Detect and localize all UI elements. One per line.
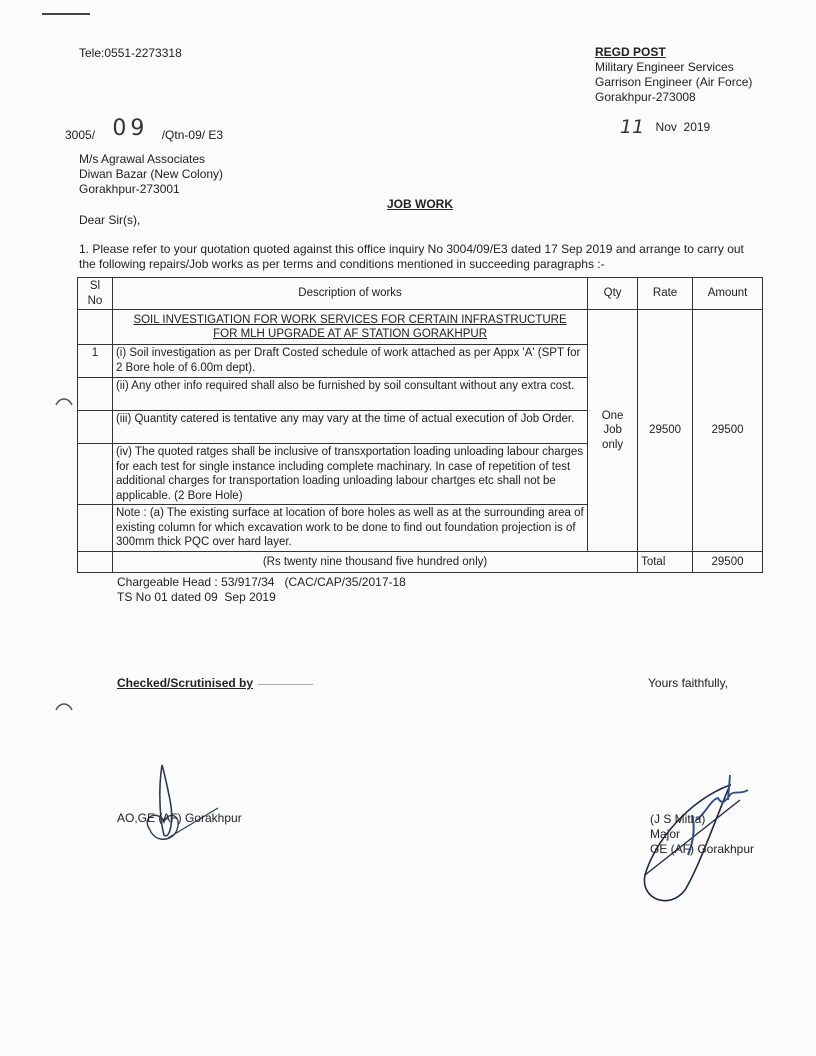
- header-qty: Qty: [588, 278, 638, 310]
- sender-block: REGD POST Military Engineer Services Gar…: [595, 45, 752, 105]
- regd-post: REGD POST: [595, 45, 752, 60]
- work-table: Sl No Description of works Qty Rate Amou…: [77, 277, 763, 573]
- ref-suffix: /Qtn-09/ E3: [162, 128, 223, 142]
- telephone: Tele:0551-2273318: [79, 46, 182, 60]
- org-line-1: Military Engineer Services: [595, 60, 752, 75]
- checked-by-label: Checked/Scrutinised by: [117, 676, 253, 690]
- addressee-line-2: Diwan Bazar (New Colony): [79, 167, 223, 182]
- amount-in-words: (Rs twenty nine thousand five hundred on…: [112, 552, 637, 573]
- table-header-row: Sl No Description of works Qty Rate Amou…: [78, 278, 763, 310]
- subject-heading: JOB WORK: [387, 197, 453, 211]
- date-month-year: Nov 2019: [656, 120, 711, 134]
- item-iv: (iv) The quoted ratges shall be inclusiv…: [112, 444, 587, 505]
- ref-handwritten: 09: [112, 116, 148, 141]
- work-title-line-2: FOR MLH UPGRADE AT AF STATION GORAKHPUR: [116, 327, 584, 342]
- header-amount: Amount: [693, 278, 763, 310]
- signatory-rank: Major: [650, 827, 754, 842]
- signatory-name: (J S Mitra): [650, 812, 754, 827]
- qty-cell: One Job only: [588, 310, 638, 552]
- salutation: Dear Sir(s),: [79, 213, 140, 227]
- punch-mark-icon: [54, 700, 74, 714]
- signatory-designation: GE (AF) Gorakhpur: [650, 842, 754, 857]
- cell-empty: [78, 378, 113, 411]
- work-title-line-1: SOIL INVESTIGATION FOR WORK SERVICES FOR…: [116, 313, 584, 328]
- org-line-3: Gorakhpur-273008: [595, 90, 752, 105]
- cell-empty: [78, 444, 113, 505]
- header-rate: Rate: [638, 278, 693, 310]
- header-sl-no: Sl No: [78, 278, 113, 310]
- table-row-title: SOIL INVESTIGATION FOR WORK SERVICES FOR…: [78, 310, 763, 345]
- left-signatory: AO,GE (AF) Gorakhpur: [117, 811, 242, 825]
- chargeable-head: Chargeable Head : 53/917/34 (CAC/CAP/35/…: [117, 575, 406, 590]
- footer-notes: Chargeable Head : 53/917/34 (CAC/CAP/35/…: [117, 575, 406, 605]
- pen-stroke: [258, 684, 313, 685]
- item-note: Note : (a) The existing surface at locat…: [112, 505, 587, 552]
- date-day-handwritten: 11: [620, 116, 644, 138]
- cell-empty: [78, 310, 113, 345]
- cell-empty: [78, 552, 113, 573]
- scan-mark: [42, 13, 90, 15]
- ts-reference: TS No 01 dated 09 Sep 2019: [117, 590, 406, 605]
- work-title: SOIL INVESTIGATION FOR WORK SERVICES FOR…: [112, 310, 587, 345]
- reference-number: 3005/ 09 /Qtn-09/ E3: [65, 116, 223, 141]
- addressee-line-3: Gorakhpur-273001: [79, 182, 223, 197]
- punch-mark-icon: [54, 395, 74, 409]
- right-signatory-block: (J S Mitra) Major GE (AF) Gorakhpur: [650, 812, 754, 857]
- letter-date: 11 Nov 2019: [620, 116, 710, 138]
- rate-cell: 29500: [638, 310, 693, 552]
- cell-empty: [78, 505, 113, 552]
- closing: Yours faithfully,: [648, 676, 728, 690]
- item-iii: (iii) Quantity catered is tentative any …: [112, 411, 587, 444]
- total-label: Total: [638, 552, 693, 573]
- total-amount: 29500: [693, 552, 763, 573]
- item-ii: (ii) Any other info required shall also …: [112, 378, 587, 411]
- item-i: (i) Soil investigation as per Draft Cost…: [112, 345, 587, 378]
- amount-cell: 29500: [693, 310, 763, 552]
- ref-prefix: 3005/: [65, 128, 95, 142]
- org-line-2: Garrison Engineer (Air Force): [595, 75, 752, 90]
- signature-left-icon: [140, 760, 230, 850]
- table-total-row: (Rs twenty nine thousand five hundred on…: [78, 552, 763, 573]
- addressee-block: M/s Agrawal Associates Diwan Bazar (New …: [79, 152, 223, 197]
- cell-empty: [78, 411, 113, 444]
- header-description: Description of works: [112, 278, 587, 310]
- paragraph-1: 1. Please refer to your quotation quoted…: [79, 242, 759, 272]
- addressee-line-1: M/s Agrawal Associates: [79, 152, 223, 167]
- sl-no-cell: 1: [78, 345, 113, 378]
